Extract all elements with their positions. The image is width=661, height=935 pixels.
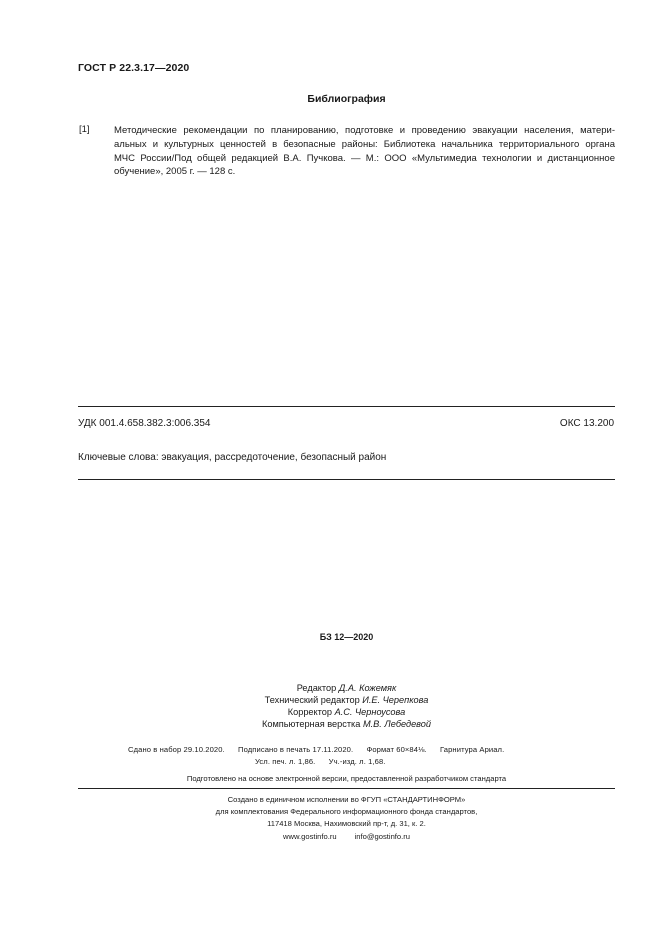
created-block: Создано в единичном исполнении во ФГУП «… bbox=[0, 794, 661, 843]
reference-line: Методические рекомендации по планировани… bbox=[114, 124, 615, 138]
keywords: Ключевые слова: эвакуация, рассредоточен… bbox=[78, 452, 386, 463]
credit-role: Редактор bbox=[297, 683, 337, 693]
created-line: для комплектования Федерального информац… bbox=[0, 806, 661, 818]
oks-code: ОКС 13.200 bbox=[560, 418, 614, 429]
bibliography-title: Библиография bbox=[0, 93, 661, 105]
credit-editor: Редактор Д.А. Кожемяк bbox=[0, 682, 661, 694]
credit-role: Корректор bbox=[288, 707, 332, 717]
credit-name: Д.А. Кожемяк bbox=[339, 683, 396, 693]
credit-name: И.Е. Черепкова bbox=[362, 695, 428, 705]
credit-name: М.В. Лебедевой bbox=[363, 719, 431, 729]
divider-imprint bbox=[78, 788, 615, 789]
contacts-line: www.gostinfo.ruinfo@gostinfo.ru bbox=[0, 831, 661, 843]
publishing-info-row: Сдано в набор 29.10.2020. Подписано в пе… bbox=[128, 745, 504, 754]
credit-role: Компьютерная верстка bbox=[262, 719, 360, 729]
created-line: Создано в единичном исполнении во ФГУП «… bbox=[0, 794, 661, 806]
divider-bottom bbox=[78, 479, 615, 480]
document-code: ГОСТ Р 22.3.17—2020 bbox=[78, 62, 189, 74]
bz-code: БЗ 12—2020 bbox=[0, 632, 661, 642]
credit-tech-editor: Технический редактор И.Е. Черепкова bbox=[0, 694, 661, 706]
publishing-sheets-row: Усл. печ. л. 1,86. Уч.-изд. л. 1,68. bbox=[255, 757, 386, 766]
reference-text: Методические рекомендации по планировани… bbox=[114, 124, 615, 179]
divider-top bbox=[78, 406, 615, 407]
credit-name: А.С. Черноусова bbox=[335, 707, 406, 717]
created-line: 117418 Москва, Нахимовский пр-т, д. 31, … bbox=[0, 818, 661, 830]
website-link[interactable]: www.gostinfo.ru bbox=[283, 832, 337, 841]
reference-number: [1] bbox=[79, 124, 90, 135]
reference-line: МЧС России/Под общей редакцией В.А. Пучк… bbox=[114, 152, 615, 166]
submitted-date: Сдано в набор 29.10.2020. bbox=[128, 745, 225, 754]
credit-layout: Компьютерная верстка М.В. Лебедевой bbox=[0, 718, 661, 730]
paper-format: Формат 60×84⅛. bbox=[366, 745, 426, 754]
prepared-note: Подготовлено на основе электронной верси… bbox=[0, 774, 661, 783]
credits-block: Редактор Д.А. Кожемяк Технический редакт… bbox=[0, 682, 661, 730]
signed-date: Подписано в печать 17.11.2020. bbox=[238, 745, 353, 754]
publisher-sheets: Уч.-изд. л. 1,68. bbox=[329, 757, 386, 766]
reference-line: альных и культурных ценностей в безопасн… bbox=[114, 138, 615, 152]
reference-line: обучение», 2005 г. — 128 с. bbox=[114, 165, 615, 179]
credit-role: Технический редактор bbox=[265, 695, 360, 705]
email-link[interactable]: info@gostinfo.ru bbox=[355, 832, 410, 841]
credit-corrector: Корректор А.С. Черноусова bbox=[0, 706, 661, 718]
printed-sheets: Усл. печ. л. 1,86. bbox=[255, 757, 315, 766]
udk-code: УДК 001.4.658.382.3:006.354 bbox=[78, 418, 211, 429]
typeface: Гарнитура Ариал. bbox=[440, 745, 504, 754]
